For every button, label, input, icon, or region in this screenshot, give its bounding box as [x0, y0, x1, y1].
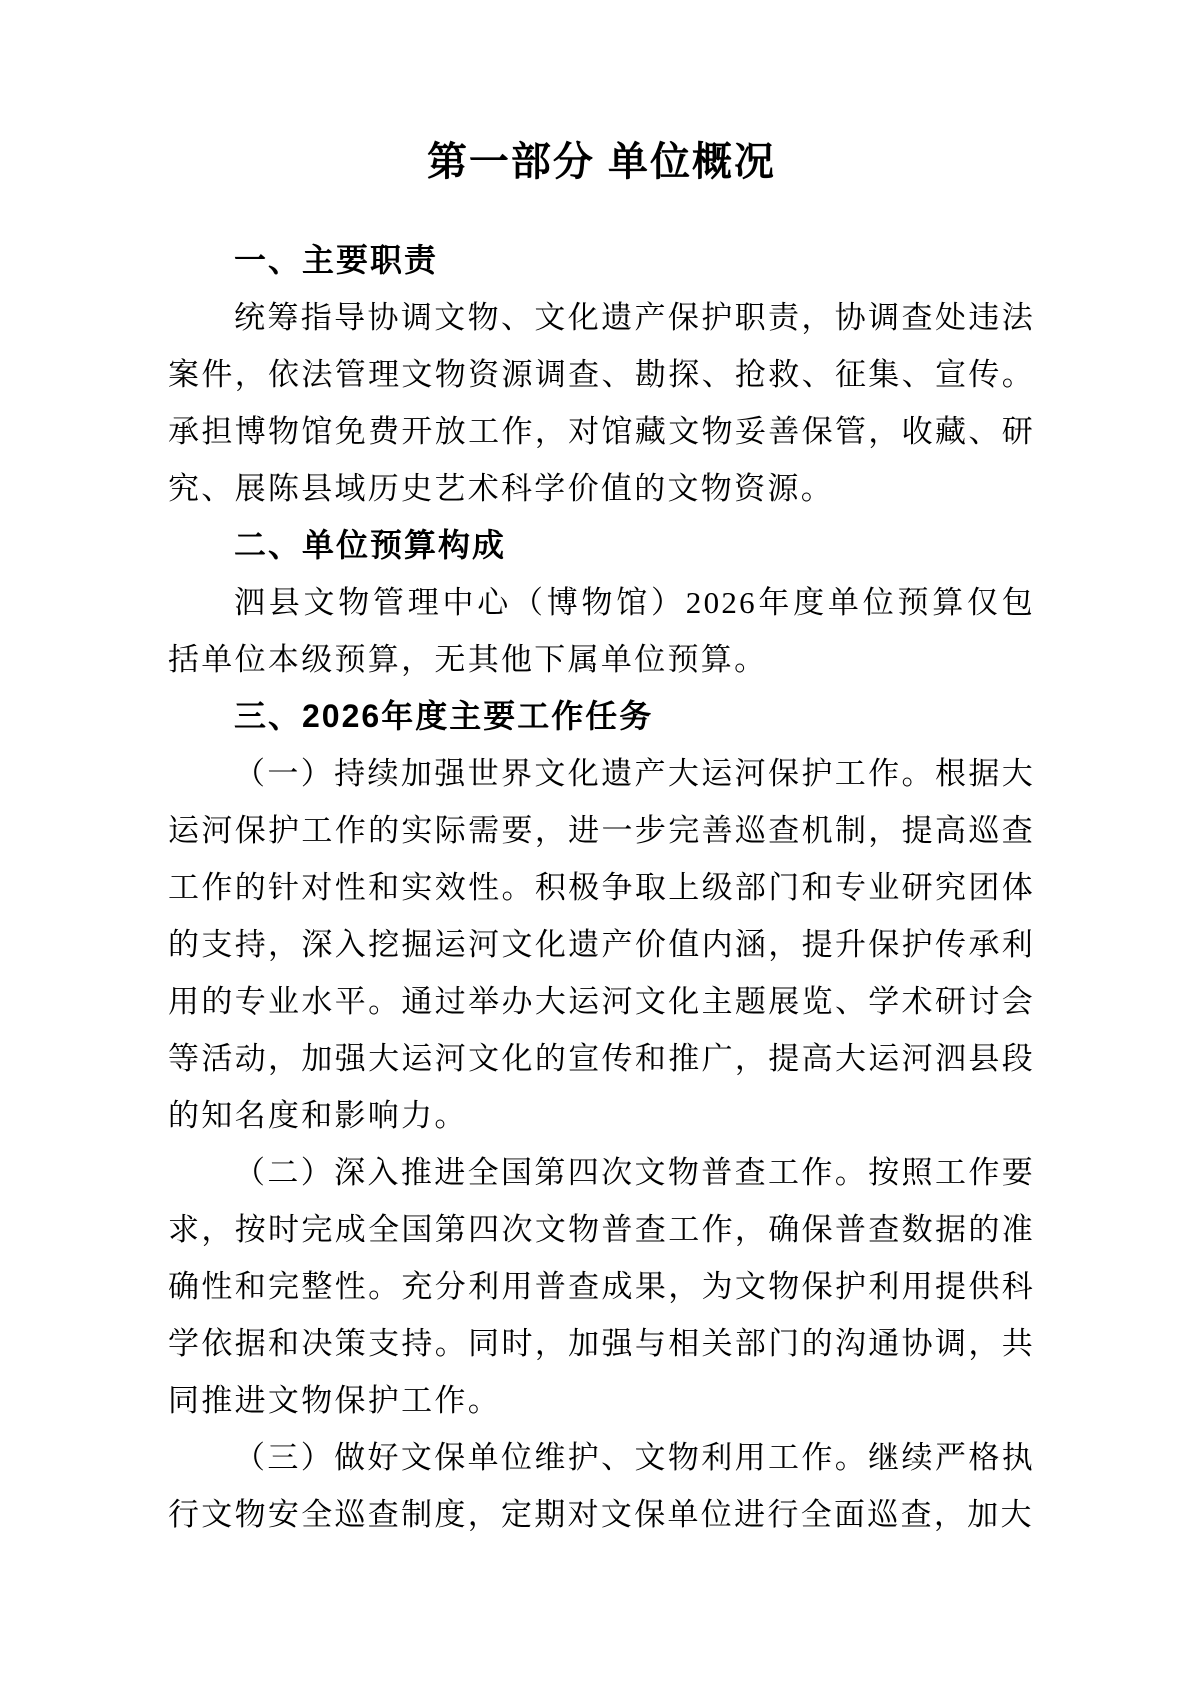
document-page: 第一部分 单位概况 一、主要职责 统筹指导协调文物、文化遗产保护职责，协调查处违…	[0, 0, 1190, 1684]
paragraph-task-1-canal-protection: （一）持续加强世界文化遗产大运河保护工作。根据大运河保护工作的实际需要，进一步完…	[168, 745, 1035, 1144]
document-title: 第一部分 单位概况	[168, 138, 1035, 186]
paragraph-task-3-site-maintenance: （三）做好文保单位维护、文物利用工作。继续严格执行文物安全巡查制度，定期对文保单…	[168, 1429, 1035, 1543]
section-heading-work-tasks: 三、2026年度主要工作任务	[168, 688, 1035, 745]
section-heading-budget-composition: 二、单位预算构成	[168, 517, 1035, 574]
paragraph-task-2-cultural-relics-census: （二）深入推进全国第四次文物普查工作。按照工作要求，按时完成全国第四次文物普查工…	[168, 1144, 1035, 1429]
section-heading-main-duties: 一、主要职责	[168, 232, 1035, 289]
paragraph-main-duties: 统筹指导协调文物、文化遗产保护职责，协调查处违法案件，依法管理文物资源调查、勘探…	[168, 289, 1035, 517]
paragraph-budget-composition: 泗县文物管理中心（博物馆）2026年度单位预算仅包括单位本级预算，无其他下属单位…	[168, 574, 1035, 688]
